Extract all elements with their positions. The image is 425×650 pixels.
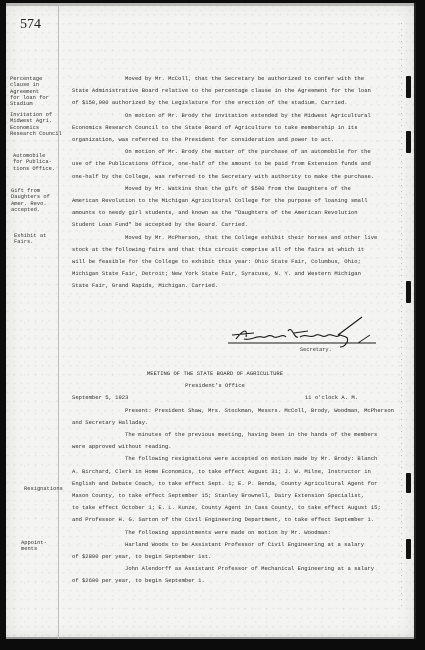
text-line: On motion of Mr. Brody the matter of the…	[72, 146, 378, 158]
meeting-location: President's Office	[72, 380, 378, 392]
text-line: and Secretary Halladay.	[72, 417, 378, 429]
text-line: State Fair, Grand Rapids, Michigan. Carr…	[72, 280, 378, 292]
meeting-date-row: September 5, 1923 11 o'clock A. M.	[72, 392, 378, 404]
text-line: The following appointments were made on …	[72, 527, 378, 539]
page-bottom-edge	[6, 637, 414, 639]
text-line: of $2800 per year, to begin September 1s…	[72, 551, 378, 563]
text-line: to take effect October 1; E. L. Kunze, C…	[72, 502, 378, 514]
meeting-section: MEETING OF THE STATE BOARD OF AGRICULTUR…	[72, 368, 378, 588]
perforation-line	[401, 23, 402, 609]
text-line: The minutes of the previous meeting, hav…	[72, 429, 378, 441]
text-line: organization, was referred to the Presid…	[72, 134, 378, 146]
text-line: A. Birchard, Clerk in Home Economics, to…	[72, 466, 378, 478]
binder-tab	[406, 473, 411, 493]
text-line: were approved without reading.	[72, 441, 378, 453]
margin-note-fairs: Exhibit at Fairs.	[14, 233, 74, 246]
text-line: Moved by Mr. Watkins that the gift of $5…	[72, 183, 378, 195]
text-line: of $150,000 authorized by the Legislatur…	[72, 97, 378, 109]
meeting-date: September 5, 1923	[72, 392, 128, 404]
text-line: Economics Research Council to the State …	[72, 122, 378, 134]
text-line: of $2600 per year, to begin September 1.	[72, 575, 378, 587]
text-line: On motion of Mr. Brody the invitation ex…	[72, 110, 378, 122]
text-line: amounts to needy girl students, and know…	[72, 207, 378, 219]
text-line: will be feasible for the College to exhi…	[72, 256, 378, 268]
text-line: Mason County, to take effect September 1…	[72, 490, 378, 502]
secretary-signature	[228, 313, 376, 351]
binder-tab	[406, 281, 411, 303]
text-line: English and Debate Coach, to take effect…	[72, 478, 378, 490]
text-line: John Alendorff as Assistant Professor of…	[72, 563, 378, 575]
margin-note-stadium: Percentage clause in Agreement for loan …	[10, 76, 70, 107]
text-line: Michigan State Fair, Detroit; New York S…	[72, 268, 378, 280]
text-line: Moved by Mr. McPherson, that the College…	[72, 232, 378, 244]
document-page: 574 Percentage clause in Agreement for l…	[6, 3, 416, 639]
page-number: 574	[20, 17, 41, 33]
text-line: Moved by Mr. McColl, that the Secretary …	[72, 73, 378, 85]
text-line: one-half by the College, was referred to…	[72, 171, 378, 183]
margin-note-automobile: Automobile for Publica- tions Office.	[13, 153, 73, 172]
text-line: State Administrative Board relative to t…	[72, 85, 378, 97]
binder-tab	[406, 539, 411, 559]
margin-note-dar-gift: Gift from Daughters of Amer. Revo. accep…	[11, 188, 71, 213]
text-line: and Professor H. G. Sarton of the Civil …	[72, 514, 378, 526]
minutes-section-1: Moved by Mr. McColl, that the Secretary …	[72, 73, 378, 293]
signature-title: Secretary.	[300, 347, 332, 353]
binder-tab	[406, 76, 411, 98]
text-line: Student Loan Fund" be accepted by the Bo…	[72, 219, 378, 231]
text-line: Harland Woods to be Assistant Professor …	[72, 539, 378, 551]
text-line: Present: President Shaw, Mrs. Stockman, …	[72, 405, 378, 417]
meeting-title: MEETING OF THE STATE BOARD OF AGRICULTUR…	[72, 368, 378, 380]
text-line: The following resignations were accepted…	[72, 453, 378, 465]
margin-note-midwest: Invitation of Midwest Agri. Economics Re…	[10, 112, 70, 137]
text-line: American Revolution to the Michigan Agri…	[72, 195, 378, 207]
binder-tab	[406, 131, 411, 153]
text-line: use of the Publications Office, one-half…	[72, 158, 378, 170]
page-top-edge	[6, 3, 414, 6]
meeting-time: 11 o'clock A. M.	[305, 392, 358, 404]
text-line: stock at the following fairs and that th…	[72, 244, 378, 256]
